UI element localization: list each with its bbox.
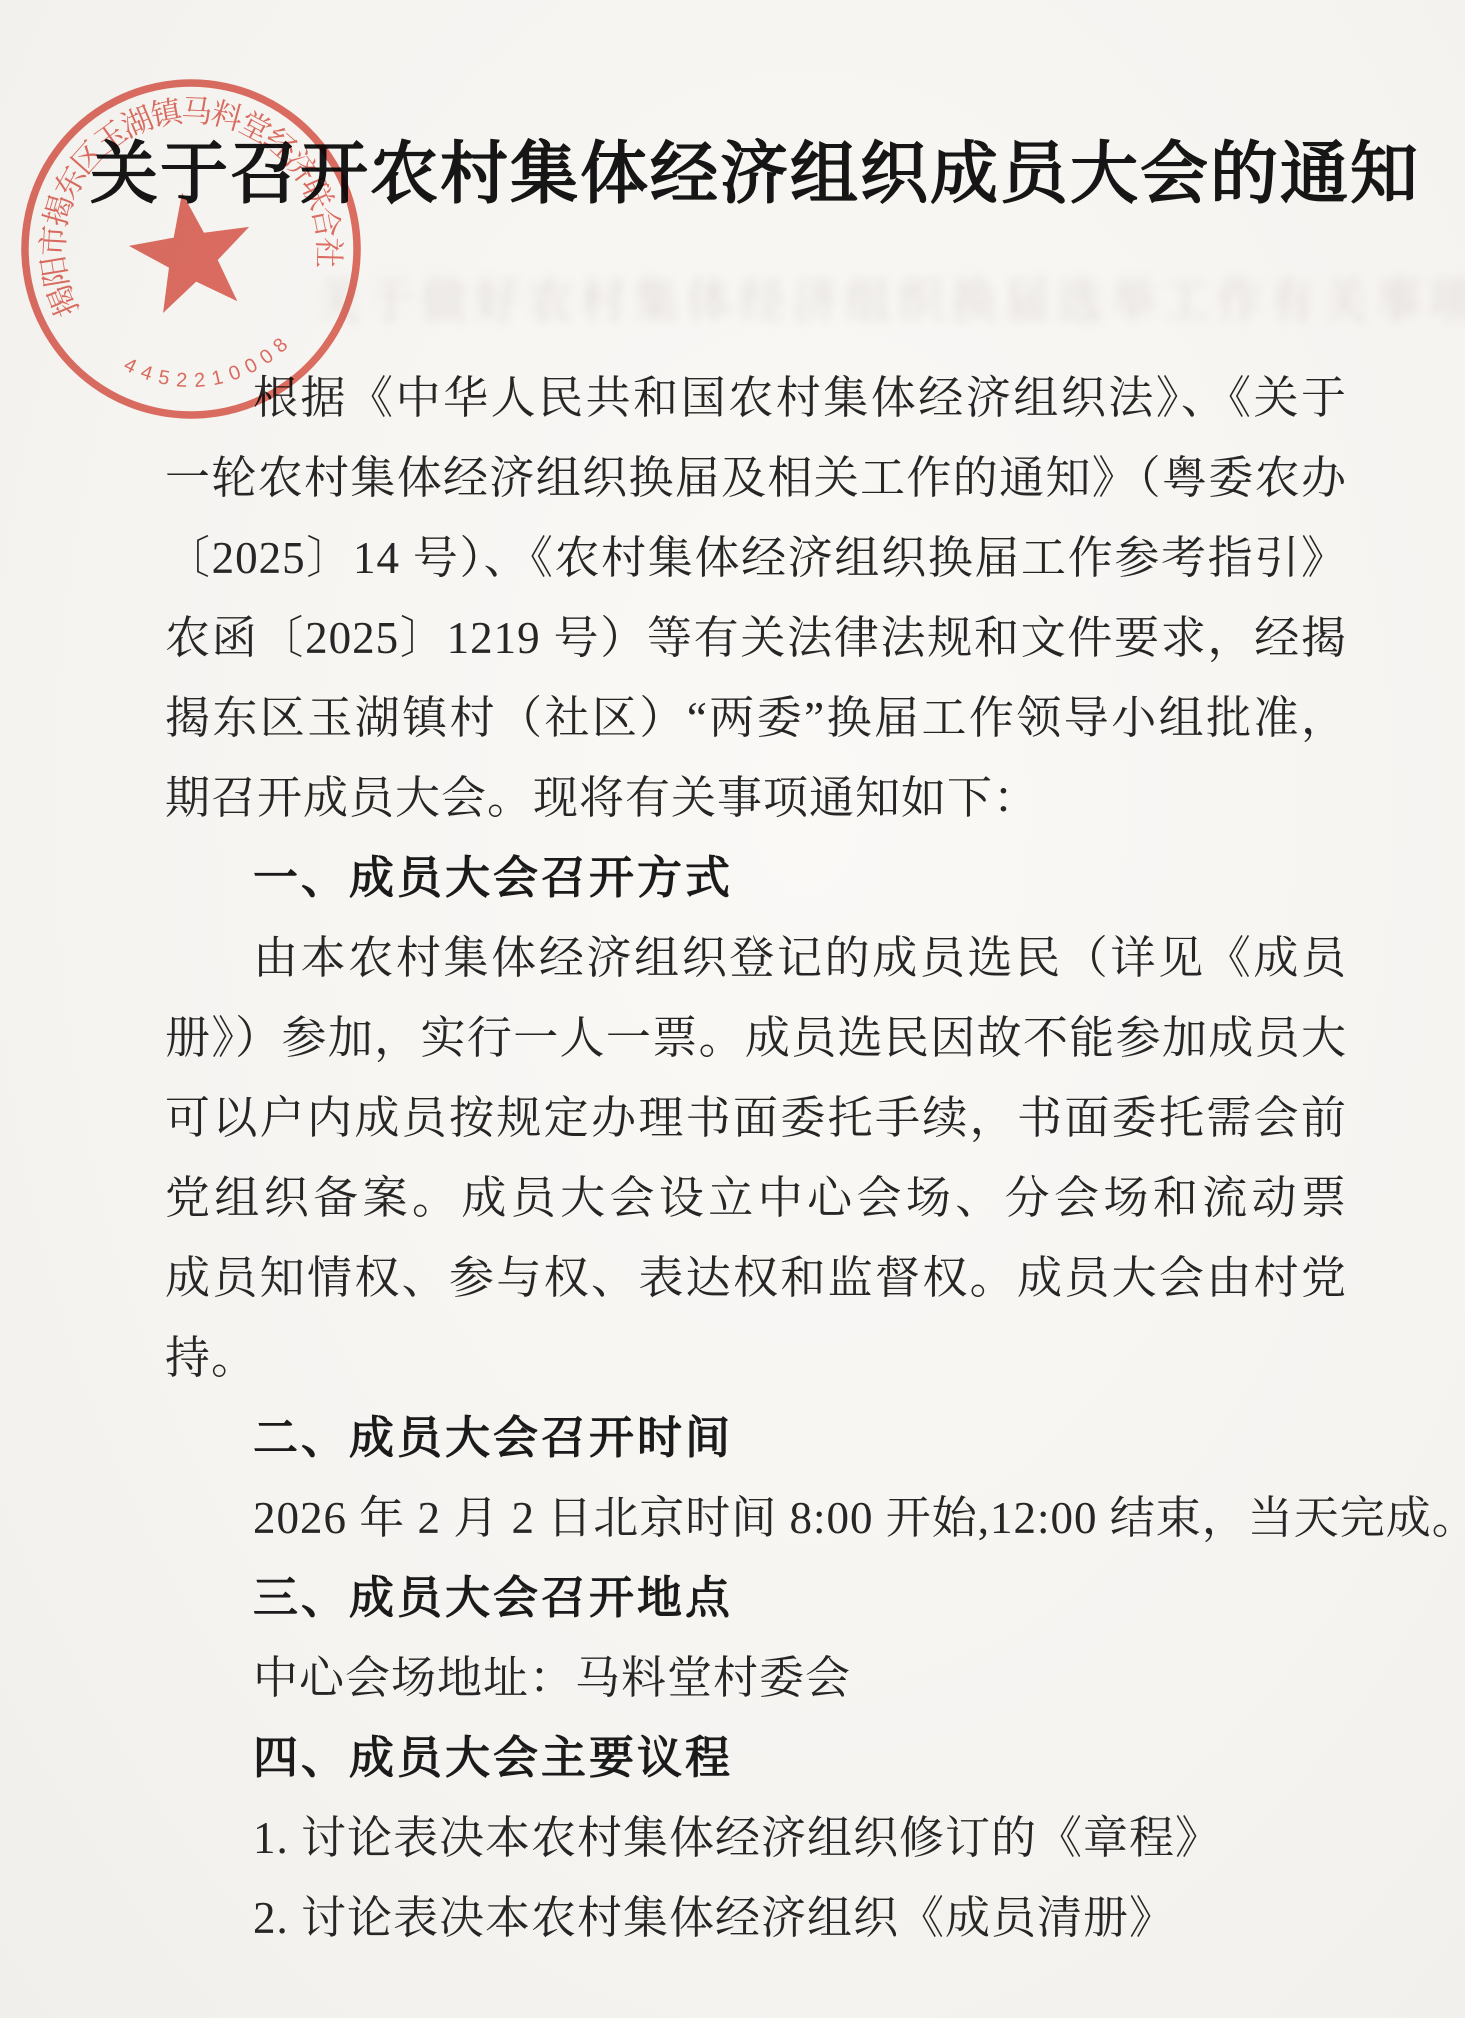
body-line: 〔2025〕14 号）、《农村集体经济组织换届工作参考指引》（粤农 bbox=[165, 518, 1347, 598]
section-heading: 四、成员大会主要议程 bbox=[165, 1718, 1347, 1798]
body-line: 一轮农村集体经济组织换届及相关工作的通知》（粤委农办发 bbox=[165, 438, 1347, 518]
body-line: 2. 讨论表决本农村集体经济组织《成员清册》 bbox=[165, 1878, 1347, 1958]
body-line: 由本农村集体经济组织登记的成员选民（详见《成员选民名 bbox=[165, 918, 1347, 998]
bleed-through-ghost-text: 关于做好农村集体经济组织换届选举工作有关事项的通知 bbox=[315, 270, 1435, 335]
seal-star-icon bbox=[122, 183, 260, 316]
body-line: 成员知情权、参与权、表达权和监督权。成员大会由村党组织主 bbox=[165, 1238, 1347, 1318]
scanned-notice-page: 关于做好农村集体经济组织换届选举工作有关事项的通知 关于召开农村集体经济组织成员… bbox=[0, 0, 1465, 2018]
body-line: 揭东区玉湖镇村（社区）“两委”换届工作领导小组批准，定于近 bbox=[165, 678, 1347, 758]
body-line: 可以户内成员按规定办理书面委托手续，书面委托需会前送达村 bbox=[165, 1078, 1347, 1158]
document-lines: 根据《中华人民共和国农村集体经济组织法》、《关于做好新一轮农村集体经济组织换届及… bbox=[165, 358, 1347, 1958]
body-line: 中心会场地址：马料堂村委会 bbox=[165, 1638, 1347, 1718]
body-line: 农函〔2025〕1219 号）等有关法律法规和文件要求，经揭阳市 bbox=[165, 598, 1347, 678]
body-line: 1. 讨论表决本农村集体经济组织修订的《章程》 bbox=[165, 1798, 1347, 1878]
body-line: 册》）参加，实行一人一票。成员选民因故不能参加成员大会的， bbox=[165, 998, 1347, 1078]
section-heading: 三、成员大会召开地点 bbox=[165, 1558, 1347, 1638]
body-line: 持。 bbox=[165, 1318, 1347, 1398]
body-line: 党组织备案。成员大会设立中心会场、分会场和流动票箱，保障 bbox=[165, 1158, 1347, 1238]
body-line: 期召开成员大会。现将有关事项通知如下： bbox=[165, 758, 1347, 838]
body-line: 2026 年 2 月 2 日北京时间 8:00 开始,12:00 结束，当天完成… bbox=[165, 1478, 1347, 1558]
seal-group: 揭阳市揭东区玉湖镇马料堂经济联合社 4452210008 bbox=[6, 64, 378, 436]
section-heading: 二、成员大会召开时间 bbox=[165, 1398, 1347, 1478]
official-red-seal: 揭阳市揭东区玉湖镇马料堂经济联合社 4452210008 bbox=[6, 64, 378, 436]
section-heading: 一、成员大会召开方式 bbox=[165, 838, 1347, 918]
